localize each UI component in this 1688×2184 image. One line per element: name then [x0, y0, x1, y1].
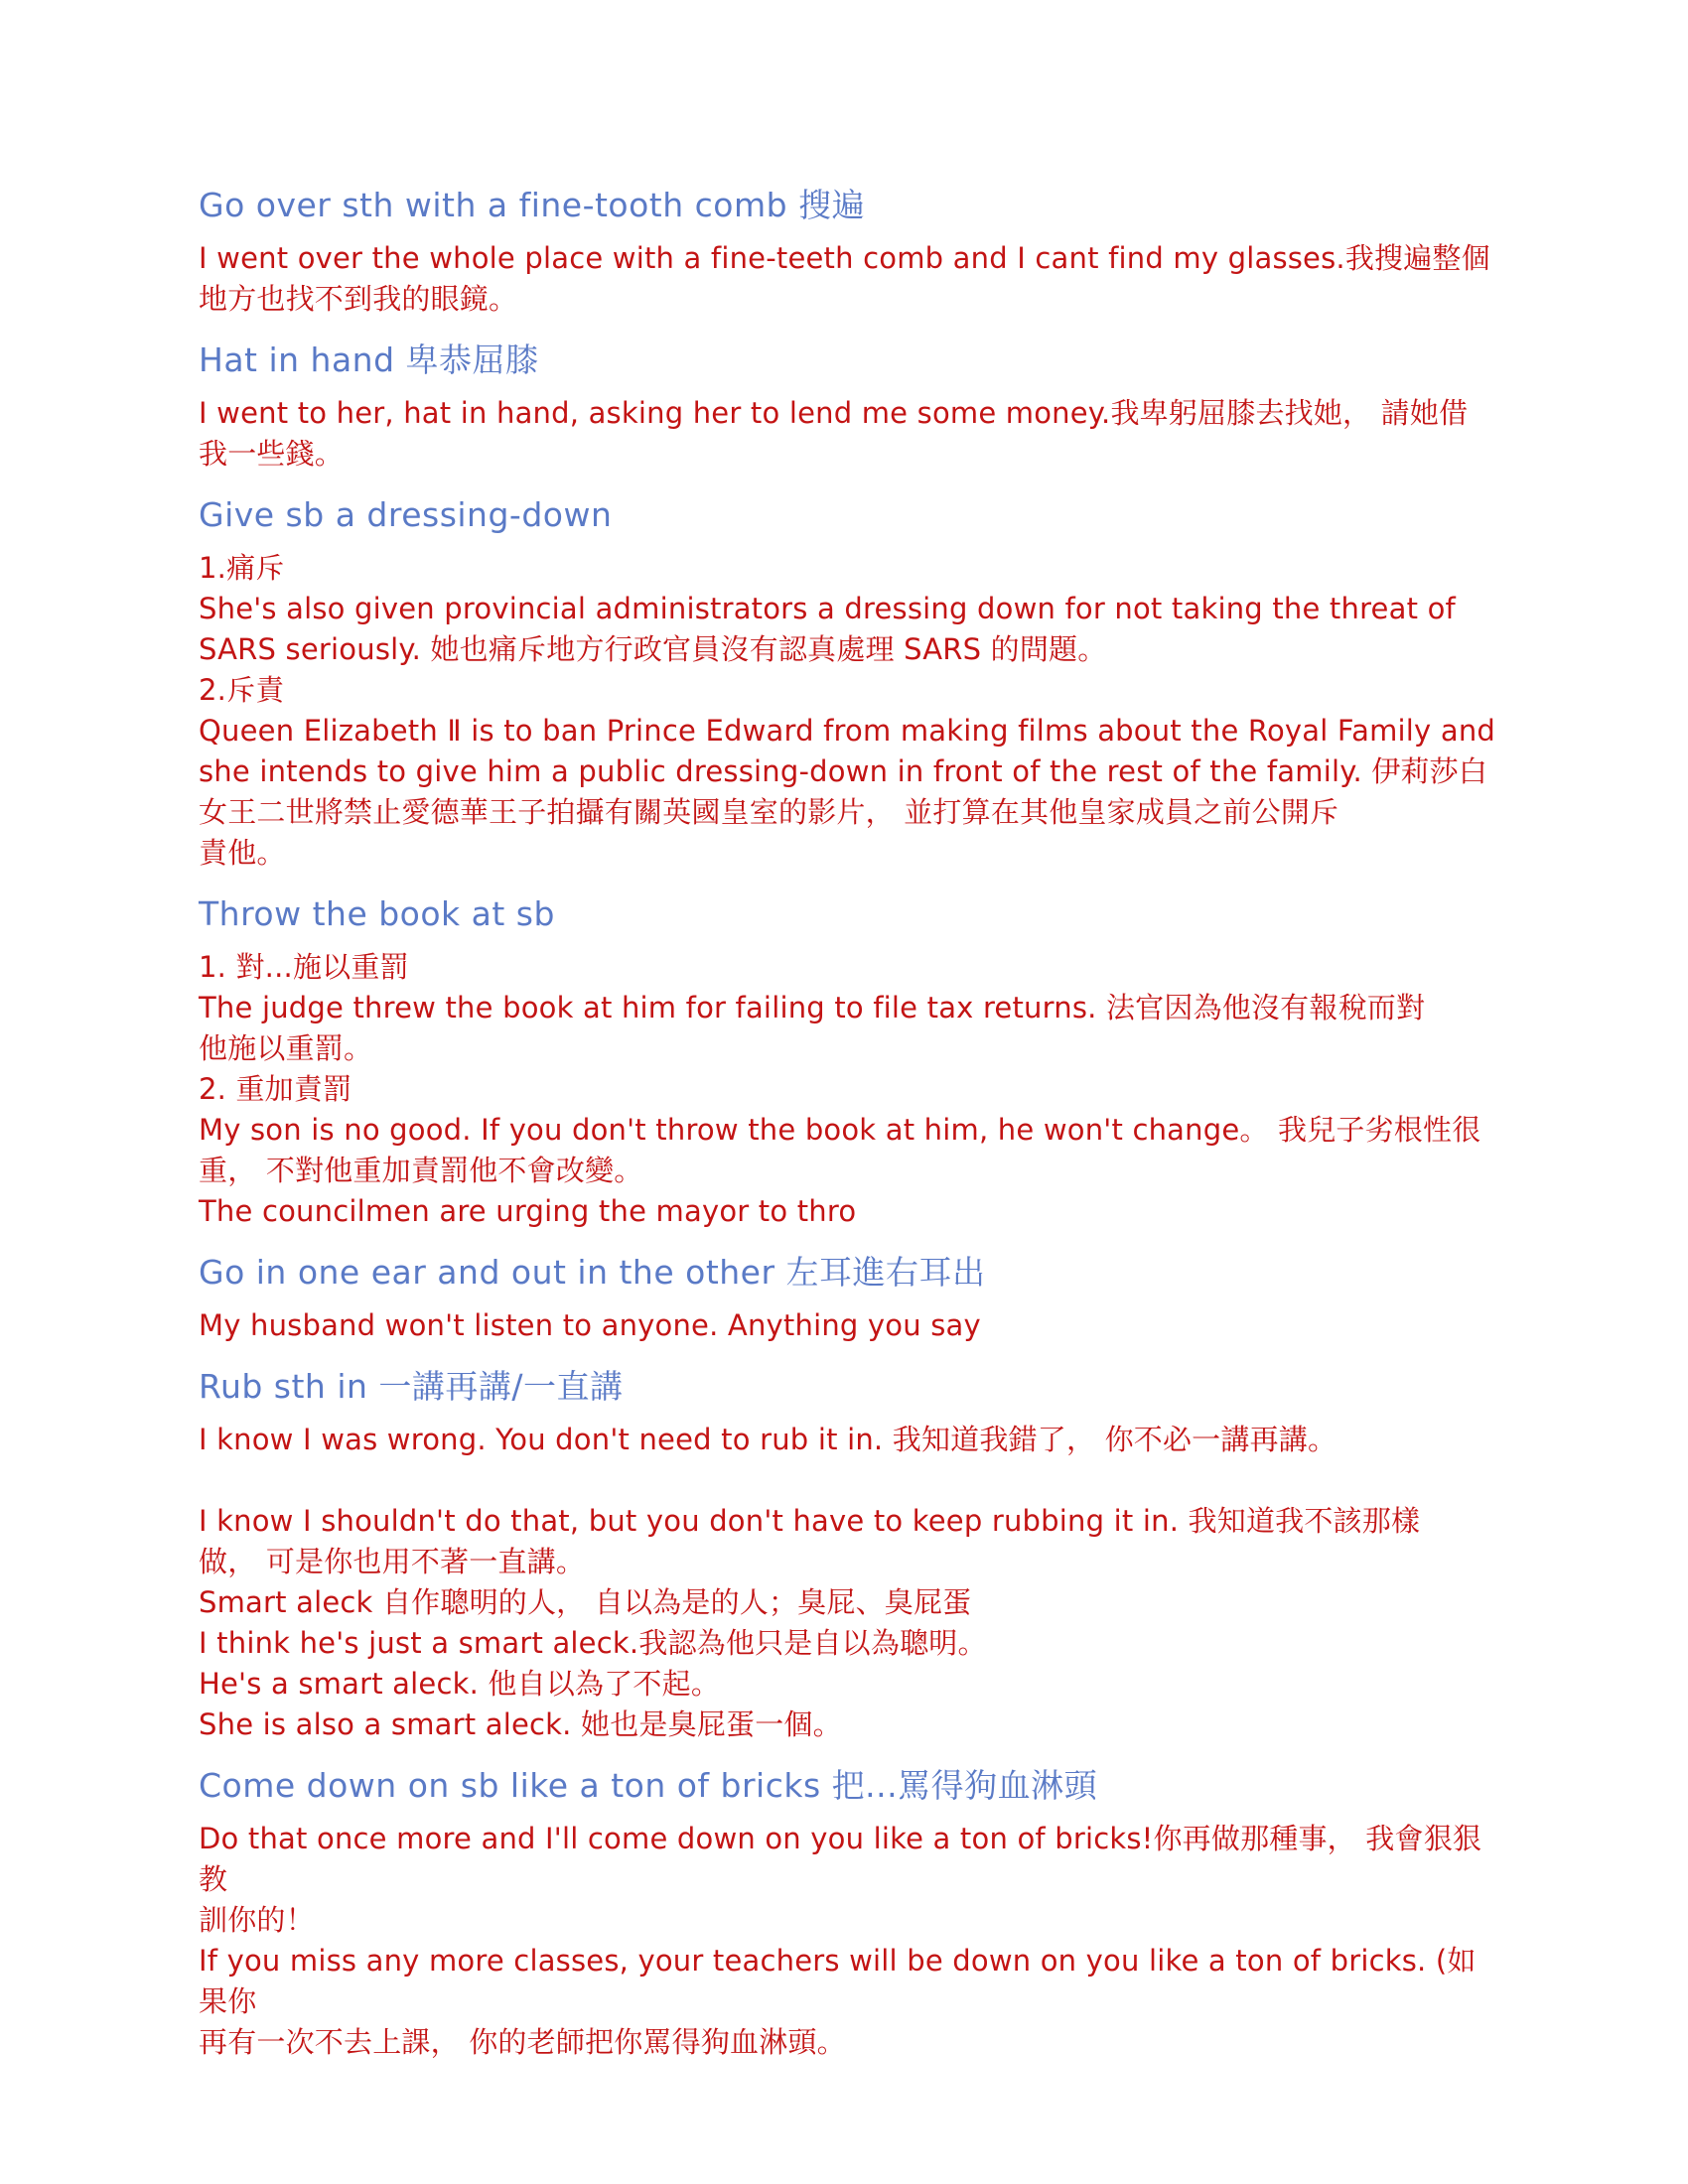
idiom-heading: Throw the book at sb	[199, 893, 1504, 935]
example-paragraph: Do that once more and I'll come down on …	[199, 1819, 1504, 2063]
idiom-section-dressing-down: Give sb a dressing-down 1.痛斥 She's also …	[199, 494, 1504, 874]
idiom-section-hat-in-hand: Hat in hand 卑恭屈膝 I went to her, hat in h…	[199, 340, 1504, 475]
example-paragraph: I went to her, hat in hand, asking her t…	[199, 393, 1504, 475]
example-paragraph: My husband won't listen to anyone. Anyth…	[199, 1305, 1504, 1346]
idiom-section-ton-of-bricks: Come down on sb like a ton of bricks 把..…	[199, 1765, 1504, 2063]
idiom-heading: Hat in hand 卑恭屈膝	[199, 340, 1504, 381]
idiom-heading: Rub sth in 一講再講/一直講	[199, 1366, 1504, 1408]
idiom-section-rub-sth-in: Rub sth in 一講再講/一直講 I know I was wrong. …	[199, 1366, 1504, 1745]
idiom-heading: Give sb a dressing-down	[199, 494, 1504, 536]
idiom-heading: Go in one ear and out in the other 左耳進右耳…	[199, 1252, 1504, 1294]
example-paragraph: I know I shouldn't do that, but you don'…	[199, 1501, 1504, 1745]
example-paragraph: 1. 對...施以重罰 The judge threw the book at …	[199, 947, 1504, 1232]
idiom-section-fine-tooth-comb: Go over sth with a fine-tooth comb 搜遍 I …	[199, 185, 1504, 320]
document-page: Go over sth with a fine-tooth comb 搜遍 I …	[0, 0, 1688, 2184]
example-paragraph: I know I was wrong. You don't need to ru…	[199, 1420, 1504, 1460]
idiom-section-one-ear-out-other: Go in one ear and out in the other 左耳進右耳…	[199, 1252, 1504, 1346]
idiom-heading: Go over sth with a fine-tooth comb 搜遍	[199, 185, 1504, 226]
example-paragraph: 1.痛斥 She's also given provincial adminis…	[199, 548, 1504, 874]
idiom-section-throw-the-book: Throw the book at sb 1. 對...施以重罰 The jud…	[199, 893, 1504, 1232]
example-paragraph: I went over the whole place with a fine-…	[199, 238, 1504, 320]
document-content: Go over sth with a fine-tooth comb 搜遍 I …	[199, 185, 1504, 2063]
idiom-heading: Come down on sb like a ton of bricks 把..…	[199, 1765, 1504, 1807]
